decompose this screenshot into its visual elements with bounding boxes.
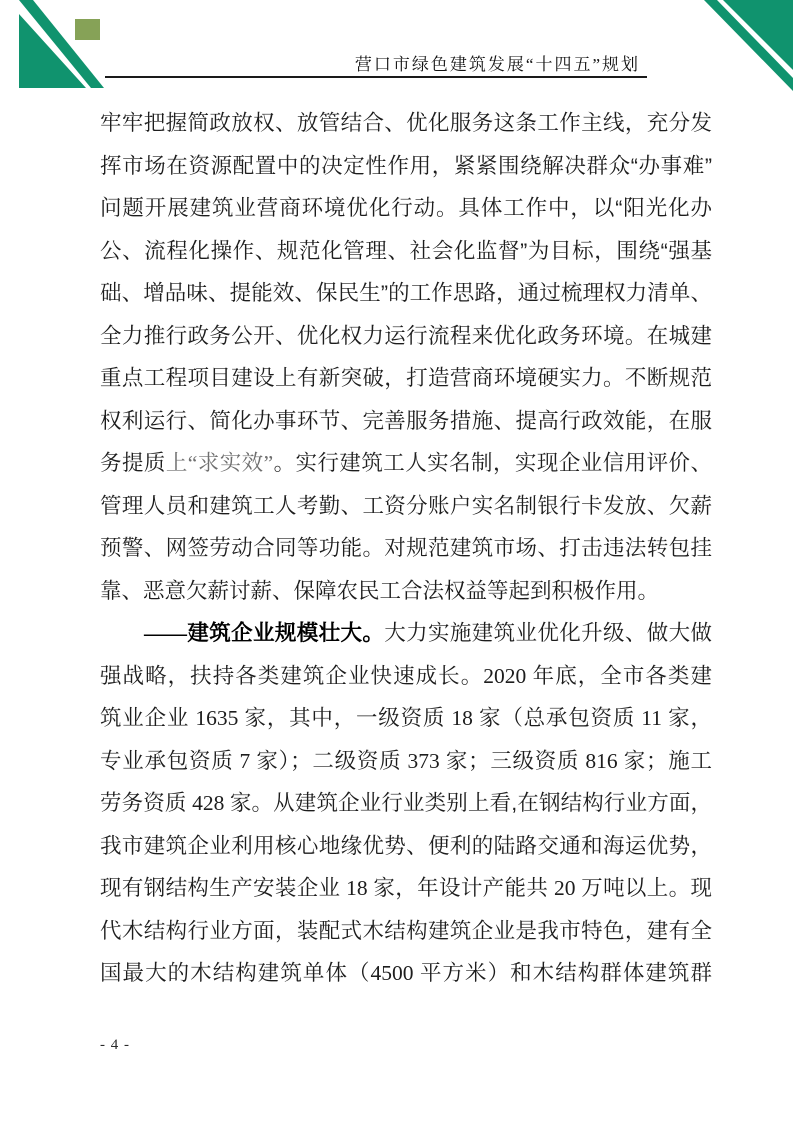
- text-segment: 全力推行政务公开、优化权力运行流程来优化政务环境。在城建: [100, 324, 712, 348]
- text-segment: 大力实施建筑业优化升级、做大做: [384, 621, 712, 645]
- text-segment-num: 816: [579, 749, 623, 773]
- text-line: 问题开展建筑业营商环境优化行动。具体工作中，以“阳光化办: [100, 187, 712, 230]
- text-segment: 年底，全市各类建: [533, 664, 712, 688]
- text-line: 权利运行、简化办事环节、完善服务措施、提高行政效能，在服: [100, 400, 712, 443]
- text-segment: 预警、网签劳动合同等功能。对规范建筑市场、打击违法转包挂: [100, 536, 712, 560]
- text-segment: 家。从建筑企业行业类别上看,在钢结构行业方面，: [230, 791, 712, 815]
- text-line: 靠、恶意欠薪讨薪、保障农民工合法权益等起到积极作用。: [100, 570, 712, 613]
- text-line: 挥市场在资源配置中的决定性作用，紧紧围绕解决群众“办事难”: [100, 145, 712, 188]
- text-line: 筑业企业 1635 家，其中，一级资质 18 家（总承包资质 11 家，: [100, 697, 712, 740]
- text-segment: 家；三级资质: [446, 749, 579, 773]
- document-page: 营口市绿色建筑发展“十四五”规划 牢牢把握简政放权、放管结合、优化服务这条工作主…: [0, 0, 793, 1122]
- text-segment: 管理人员和建筑工人考勤、工资分账户实名制银行卡发放、欠薪: [100, 494, 712, 518]
- text-line: 牢牢把握简政放权、放管结合、优化服务这条工作主线，充分发: [100, 102, 712, 145]
- text-segment: 我市建筑企业利用核心地缘优势、便利的陆路交通和海运优势，: [100, 834, 712, 858]
- text-segment: 专业承包资质: [100, 749, 233, 773]
- text-segment: 家）；二级资质: [256, 749, 401, 773]
- text-line: 务提质上“求实效”。实行建筑工人实名制，实现企业信用评价、: [100, 442, 712, 485]
- text-line: 全力推行政务公开、优化权力运行流程来优化政务环境。在城建: [100, 315, 712, 358]
- text-segment-lead: ——建筑企业规模壮大。: [144, 621, 384, 645]
- text-segment-num: 7: [233, 749, 256, 773]
- text-segment: 家，: [668, 706, 712, 730]
- text-segment: 家；施工: [624, 749, 712, 773]
- text-segment: 家（总承包资质: [479, 706, 635, 730]
- text-segment: 重点工程项目建设上有新突破，打造营商环境硬实力。不断规范: [100, 366, 712, 390]
- body-text: 牢牢把握简政放权、放管结合、优化服务这条工作主线，充分发挥市场在资源配置中的决定…: [100, 102, 712, 995]
- text-line: 国最大的木结构建筑单体（4500 平方米）和木结构群体建筑群: [100, 952, 712, 995]
- text-segment: 家，年设计产能共: [373, 876, 548, 900]
- text-segment: 挥市场在资源配置中的决定性作用，紧紧围绕解决群众“办事难”: [100, 154, 712, 178]
- text-segment-num: 20: [548, 876, 581, 900]
- text-segment: 家，其中，一级资质: [245, 706, 446, 730]
- text-segment: 代木结构行业方面，装配式木结构建筑企业是我市特色，建有全: [100, 919, 712, 943]
- text-line: 预警、网签劳动合同等功能。对规范建筑市场、打击违法转包挂: [100, 527, 712, 570]
- text-segment: 靠、恶意欠薪讨薪、保障农民工合法权益等起到积极作用。: [100, 579, 659, 603]
- page-number: - 4 -: [100, 1037, 130, 1054]
- text-line: 强战略，扶持各类建筑企业快速成长。2020 年底，全市各类建: [100, 655, 712, 698]
- text-segment: 础、增品味、提能效、保民生”的工作思路，通过梳理权力清单、: [100, 281, 712, 305]
- text-segment: 务提质: [100, 451, 166, 475]
- text-segment-num: 2020: [483, 664, 532, 688]
- text-segment-em: 上“求实效”: [166, 451, 273, 475]
- right-corner-ribbon-icon: [680, 0, 793, 95]
- text-line: 管理人员和建筑工人考勤、工资分账户实名制银行卡发放、欠薪: [100, 485, 712, 528]
- text-segment-num: 428: [187, 791, 230, 815]
- text-line: 础、增品味、提能效、保民生”的工作思路，通过梳理权力清单、: [100, 272, 712, 315]
- text-segment: 平方米）和木结构群体建筑群: [420, 961, 712, 985]
- text-segment: 万吨以上。现: [581, 876, 712, 900]
- text-segment: 国最大的木结构建筑单体（: [100, 961, 371, 985]
- olive-square-icon: [75, 19, 100, 40]
- text-segment: 。实行建筑工人实名制，实现企业信用评价、: [273, 451, 712, 475]
- text-segment-num: 18: [340, 876, 373, 900]
- text-segment-num: 373: [401, 749, 445, 773]
- text-segment: 牢牢把握简政放权、放管结合、优化服务这条工作主线，充分发: [100, 111, 712, 135]
- text-segment: 问题开展建筑业营商环境优化行动。具体工作中，以“阳光化办: [100, 196, 712, 220]
- text-segment: 现有钢结构生产安装企业: [100, 876, 340, 900]
- text-segment: 劳务资质: [100, 791, 187, 815]
- text-line: 我市建筑企业利用核心地缘优势、便利的陆路交通和海运优势，: [100, 825, 712, 868]
- text-segment-num: 4500: [371, 961, 420, 985]
- header-title: 营口市绿色建筑发展“十四五”规划: [105, 50, 640, 75]
- text-segment-num: 18: [445, 706, 479, 730]
- text-segment-num: 1635: [189, 706, 244, 730]
- text-line: 重点工程项目建设上有新突破，打造营商环境硬实力。不断规范: [100, 357, 712, 400]
- text-line: 代木结构行业方面，装配式木结构建筑企业是我市特色，建有全: [100, 910, 712, 953]
- text-segment-num: 11: [635, 706, 668, 730]
- text-segment: 权利运行、简化办事环节、完善服务措施、提高行政效能，在服: [100, 409, 712, 433]
- text-line: 公、流程化操作、规范化管理、社会化监督”为目标，围绕“强基: [100, 230, 712, 273]
- left-corner-ribbon-icon: [0, 0, 120, 95]
- text-segment: 强战略，扶持各类建筑企业快速成长。: [100, 664, 483, 688]
- header-rule: [105, 76, 647, 78]
- text-line: 劳务资质 428 家。从建筑企业行业类别上看,在钢结构行业方面，: [100, 782, 712, 825]
- text-line: 现有钢结构生产安装企业 18 家，年设计产能共 20 万吨以上。现: [100, 867, 712, 910]
- text-line: 专业承包资质 7 家）；二级资质 373 家；三级资质 816 家；施工: [100, 740, 712, 783]
- text-segment: 公、流程化操作、规范化管理、社会化监督”为目标，围绕“强基: [100, 239, 712, 263]
- text-line: ——建筑企业规模壮大。大力实施建筑业优化升级、做大做: [100, 612, 712, 655]
- text-segment: 筑业企业: [100, 706, 189, 730]
